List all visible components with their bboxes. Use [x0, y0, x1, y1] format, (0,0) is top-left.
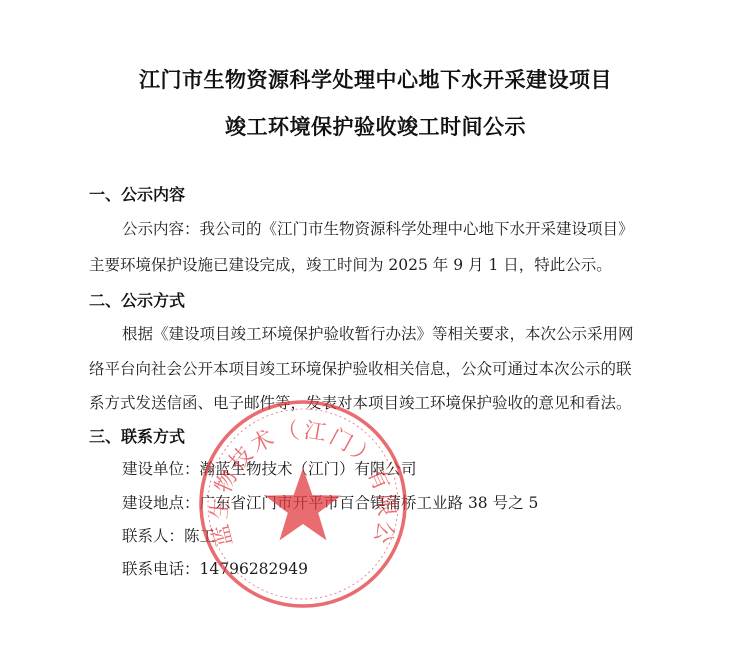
contact-location-label: 建设地点：	[122, 494, 200, 512]
contact-person-label: 联系人：	[122, 527, 184, 545]
contact-phone-value: 14796282949	[200, 560, 308, 578]
contact-person-value: 陈工	[184, 527, 215, 545]
contact-unit: 建设单位：瀚蓝生物技术（江门）有限公司	[122, 457, 417, 479]
paragraph-line: 根据《建设项目竣工环境保护验收暂行办法》等相关要求，本次公示采用网	[122, 322, 634, 344]
contact-location-value: 广东省江门市开平市百合镇蒲桥工业路 38 号之 5	[200, 494, 539, 512]
contact-person: 联系人：陈工	[122, 524, 215, 546]
contact-phone-label: 联系电话：	[122, 560, 200, 578]
document-page: 江门市生物资源科学处理中心地下水开采建设项目 竣工环境保护验收竣工时间公示 一、…	[0, 0, 751, 656]
paragraph-line: 公示内容：我公司的《江门市生物资源科学处理中心地下水开采建设项目》	[122, 217, 634, 239]
contact-unit-value: 瀚蓝生物技术（江门）有限公司	[200, 460, 417, 478]
paragraph-line: 系方式发送信函、电子邮件等，发表对本项目竣工环境保护验收的意见和看法。	[89, 391, 632, 413]
document-title-line1: 江门市生物资源科学处理中心地下水开采建设项目	[0, 64, 751, 94]
paragraph-line: 络平台向社会公开本项目竣工环境保护验收相关信息，公众可通过本次公示的联	[89, 357, 632, 379]
section-heading-method: 二、公示方式	[89, 288, 185, 311]
paragraph-line: 主要环境保护设施已建设完成，竣工时间为 2025 年 9 月 1 日，特此公示。	[89, 253, 612, 275]
contact-phone: 联系电话：14796282949	[122, 557, 308, 579]
document-title-line2: 竣工环境保护验收竣工时间公示	[0, 111, 751, 141]
section-heading-contact: 三、联系方式	[89, 424, 185, 447]
section-heading-content: 一、公示内容	[89, 182, 185, 205]
contact-unit-label: 建设单位：	[122, 460, 200, 478]
contact-location: 建设地点：广东省江门市开平市百合镇蒲桥工业路 38 号之 5	[122, 491, 538, 513]
